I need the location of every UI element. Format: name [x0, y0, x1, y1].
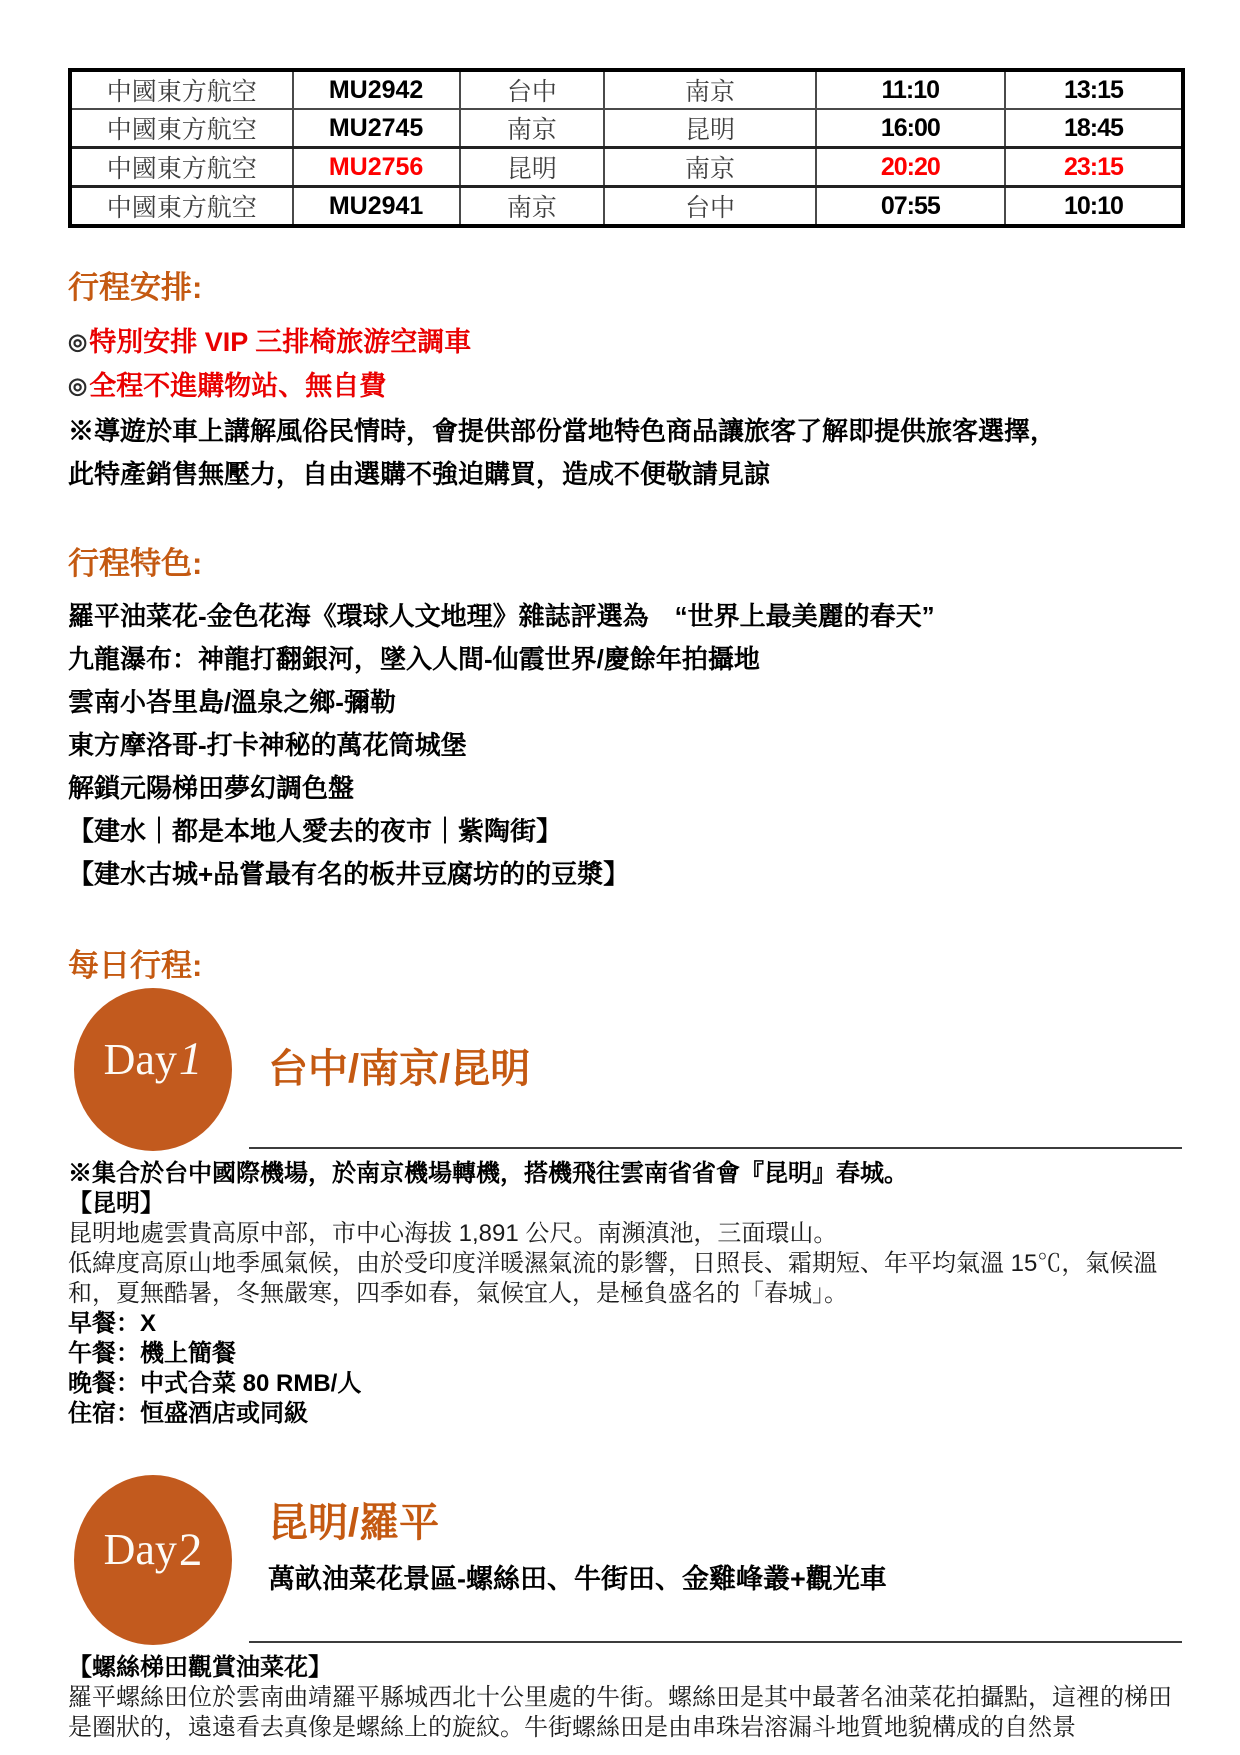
- day2-sight-heading: 【螺絲梯田觀賞油菜花】: [68, 1653, 1182, 1683]
- destination-cell: 南京: [604, 148, 815, 187]
- origin-cell: 台中: [460, 70, 605, 109]
- departure-time-cell: 16:00: [816, 109, 1005, 148]
- flight-no-cell: MU2756: [293, 148, 460, 187]
- airline-cell: 中國東方航空: [70, 109, 293, 148]
- note-line: 此特產銷售無壓力，自由選購不強迫購買，造成不便敬請見諒: [68, 453, 1182, 496]
- arrival-time-cell: 23:15: [1005, 148, 1183, 187]
- flight-row-highlighted: 中國東方航空 MU2756 昆明 南京 20:20 23:15: [70, 148, 1183, 187]
- day1-header: Day1 台中/南京/昆明: [68, 988, 1182, 1151]
- day1-dinner-line: 晚餐：中式合菜 80 RMB/人: [68, 1369, 1182, 1399]
- arrangement-notes: ※導遊於車上講解風俗民情時，會提供部份當地特色商品讓旅客了解即提供旅客選擇， 此…: [68, 410, 1182, 496]
- day2-title: 昆明/羅平: [268, 1501, 887, 1545]
- departure-time-cell: 11:10: [816, 70, 1005, 109]
- arrival-time-cell: 13:15: [1005, 70, 1183, 109]
- feature-line: 解鎖元陽梯田夢幻調色盤: [68, 767, 1182, 810]
- flight-no-cell: MU2942: [293, 70, 460, 109]
- feature-line: 九龍瀑布：神龍打翻銀河，墜入人間-仙霞世界/慶餘年拍攝地: [68, 638, 1182, 681]
- day-badge-number: 2: [177, 1523, 203, 1577]
- arrival-time-cell: 10:10: [1005, 187, 1183, 227]
- feature-line: 【建水古城+品嘗最有名的板井豆腐坊的的豆漿】: [68, 853, 1182, 896]
- arrival-time-cell: 18:45: [1005, 109, 1183, 148]
- feature-line: 雲南小峇里島/溫泉之鄉-彌勒: [68, 681, 1182, 724]
- day1-intro-line: ※集合於台中國際機場，於南京機場轉機，搭機飛往雲南省省會『昆明』春城。: [68, 1159, 1182, 1189]
- note-line: ※導遊於車上講解風俗民情時，會提供部份當地特色商品讓旅客了解即提供旅客選擇，: [68, 410, 1182, 453]
- section-title-features: 行程特色:: [68, 546, 1182, 582]
- day1-title: 台中/南京/昆明: [268, 1047, 530, 1091]
- day1-block: Day1 台中/南京/昆明 ※集合於台中國際機場，於南京機場轉機，搭機飛往雲南省…: [68, 988, 1182, 1429]
- day1-description-line: 低緯度高原山地季風氣候，由於受印度洋暖濕氣流的影響，日照長、霜期短、年平均氣溫 …: [68, 1249, 1182, 1309]
- day2-badge: Day2: [74, 1475, 232, 1645]
- destination-cell: 南京: [604, 70, 815, 109]
- day-badge-number: 1: [177, 1032, 203, 1086]
- circle-bullet-icon: ◎: [68, 373, 89, 398]
- flight-row: 中國東方航空 MU2941 南京 台中 07:55 10:10: [70, 187, 1183, 227]
- day2-notes: 【螺絲梯田觀賞油菜花】 羅平螺絲田位於雲南曲靖羅平縣城西北十公里處的牛街。螺絲田…: [68, 1653, 1182, 1743]
- origin-cell: 昆明: [460, 148, 605, 187]
- day-badge-word: Day: [104, 1524, 177, 1575]
- day1-description-line: 昆明地處雲貴高原中部，市中心海拔 1,891 公尺。南瀕滇池，三面環山。: [68, 1219, 1182, 1249]
- day1-place-heading: 【昆明】: [68, 1189, 1182, 1219]
- itinerary-page: 中國東方航空 MU2942 台中 南京 11:10 13:15 中國東方航空 M…: [0, 0, 1240, 1755]
- bullet-text: 特別安排 VIP 三排椅旅游空調車: [89, 327, 471, 357]
- circle-bullet-icon: ◎: [68, 329, 89, 354]
- day2-divider: [249, 1641, 1182, 1643]
- day2-description-line: 羅平螺絲田位於雲南曲靖羅平縣城西北十公里處的牛街。螺絲田是其中最著名油菜花拍攝點…: [68, 1683, 1182, 1743]
- airline-cell: 中國東方航空: [70, 70, 293, 109]
- flight-table: 中國東方航空 MU2942 台中 南京 11:10 13:15 中國東方航空 M…: [68, 68, 1185, 228]
- departure-time-cell: 07:55: [816, 187, 1005, 227]
- destination-cell: 台中: [604, 187, 815, 227]
- no-shopping-bullet: ◎全程不進購物站、無自費: [68, 364, 1182, 408]
- origin-cell: 南京: [460, 109, 605, 148]
- feature-line: 羅平油菜花-金色花海《環球人文地理》雜誌評選為 “世界上最美麗的春天”: [68, 595, 1182, 638]
- flight-no-cell: MU2745: [293, 109, 460, 148]
- feature-line: 東方摩洛哥-打卡神秘的萬花筒城堡: [68, 724, 1182, 767]
- destination-cell: 昆明: [604, 109, 815, 148]
- day-badge-word: Day: [104, 1034, 177, 1085]
- section-title-arrangement: 行程安排:: [68, 270, 1182, 306]
- day2-header: Day2 昆明/羅平 萬畝油菜花景區-螺絲田、牛街田、金雞峰叢+觀光車: [68, 1429, 1182, 1645]
- day1-breakfast-line: 早餐：X: [68, 1309, 1182, 1339]
- departure-time-cell: 20:20: [816, 148, 1005, 187]
- day1-notes: ※集合於台中國際機場，於南京機場轉機，搭機飛往雲南省省會『昆明』春城。 【昆明】…: [68, 1159, 1182, 1429]
- bullet-text: 全程不進購物站、無自費: [89, 371, 386, 401]
- feature-line: 【建水｜都是本地人愛去的夜市｜紫陶街】: [68, 810, 1182, 853]
- flight-row: 中國東方航空 MU2745 南京 昆明 16:00 18:45: [70, 109, 1183, 148]
- airline-cell: 中國東方航空: [70, 187, 293, 227]
- day2-block: Day2 昆明/羅平 萬畝油菜花景區-螺絲田、牛街田、金雞峰叢+觀光車 【螺絲梯…: [68, 1429, 1182, 1743]
- origin-cell: 南京: [460, 187, 605, 227]
- day2-subtitle: 萬畝油菜花景區-螺絲田、牛街田、金雞峰叢+觀光車: [268, 1563, 887, 1595]
- airline-cell: 中國東方航空: [70, 148, 293, 187]
- section-title-daily: 每日行程:: [68, 948, 1182, 984]
- flight-no-cell: MU2941: [293, 187, 460, 227]
- day1-badge: Day1: [74, 988, 232, 1151]
- day1-lunch-line: 午餐：機上簡餐: [68, 1339, 1182, 1369]
- day1-lodging-line: 住宿：恒盛酒店或同級: [68, 1399, 1182, 1429]
- vip-bus-bullet: ◎特別安排 VIP 三排椅旅游空調車: [68, 320, 1182, 364]
- flight-row: 中國東方航空 MU2942 台中 南京 11:10 13:15: [70, 70, 1183, 109]
- day1-divider: [249, 1147, 1182, 1149]
